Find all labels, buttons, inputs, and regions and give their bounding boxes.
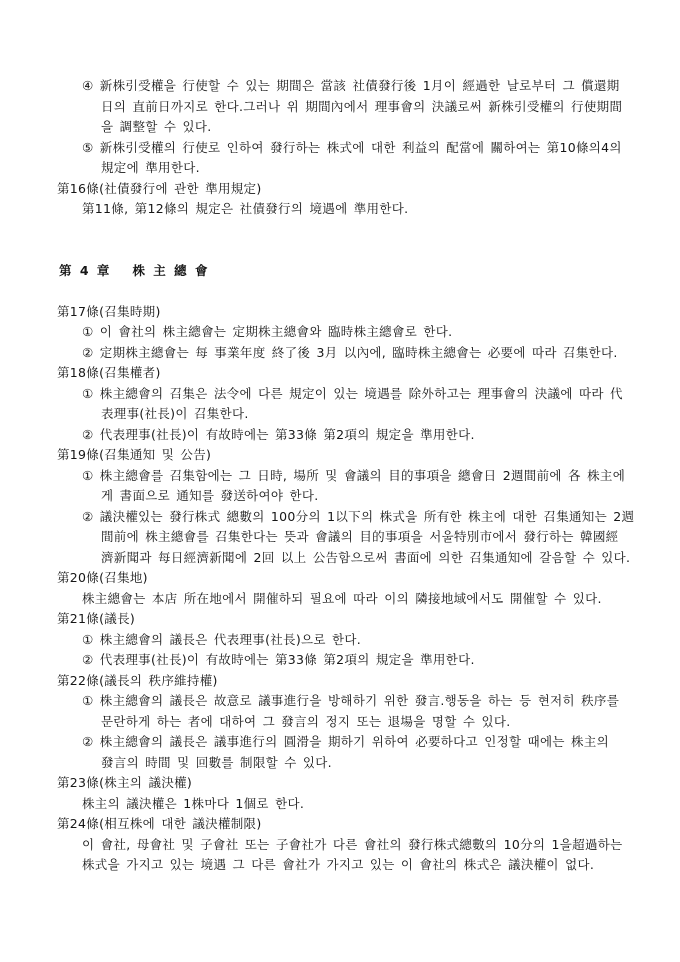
article-header: 第16條(社債發行에 관한 準用規定) [57, 179, 628, 200]
document-line: ⑤ 新株引受權의 行使로 인하여 發行하는 株式에 대한 利益의 配當에 關하여… [82, 138, 628, 159]
document-line: ② 代表理事(社長)이 有故時에는 第33條 第2項의 規定을 準用한다. [82, 425, 628, 446]
document-line: ② 議決權있는 發行株式 總數의 100分의 1以下의 株式을 所有한 株主에 … [82, 507, 628, 528]
document-line: ① 株主總會의 議長은 代表理事(社長)으로 한다. [82, 630, 628, 651]
document-line: ② 株主總會의 議長은 議事進行의 圓滑을 期하기 위하여 必要하다고 인정할 … [82, 732, 628, 753]
document-line: 株主의 議決權은 1株마다 1個로 한다. [82, 794, 628, 815]
document-page: ④ 新株引受權을 行使할 수 있는 期間은 當該 社債發行後 1月이 經過한 날… [0, 0, 680, 962]
article-header: 第20條(召集地) [57, 568, 628, 589]
document-line: 日의 直前日까지로 한다.그러나 위 期間內에서 理事會의 決議로써 新株引受權… [101, 97, 628, 118]
article-header: 第18條(召集權者) [57, 363, 628, 384]
blank-line [57, 240, 628, 261]
document-line: 株主總會는 本店 所在地에서 開催하되 필요에 따라 이의 隣接地域에서도 開催… [82, 589, 628, 610]
document-line: ② 定期株主總會는 每 事業年度 終了後 3月 以內에, 臨時株主總會는 必要에… [82, 343, 628, 364]
document-line: ① 株主總會의 召集은 法令에 다른 規定이 있는 境遇를 除外하고는 理事會의… [82, 384, 628, 405]
article-header: 第24條(相互株에 대한 議決權制限) [57, 814, 628, 835]
document-line: ④ 新株引受權을 行使할 수 있는 期間은 當該 社債發行後 1月이 經過한 날… [82, 76, 628, 97]
article-header: 第22條(議長의 秩序維持權) [57, 671, 628, 692]
blank-line [57, 220, 628, 241]
document-line: 이 會社, 母會社 및 子會社 또는 子會社가 다른 會社의 發行株式總數의 1… [82, 835, 628, 856]
document-line: ① 株主總會의 議長은 故意로 議事進行을 방해하기 위한 發言.행동을 하는 … [82, 691, 628, 712]
document-line: 表理事(社長)이 召集한다. [101, 404, 628, 425]
article-header: 第19條(召集通知 및 公告) [57, 445, 628, 466]
document-lines: ④ 新株引受權을 行使할 수 있는 期間은 當該 社債發行後 1月이 經過한 날… [57, 76, 628, 876]
article-header: 第21條(議長) [57, 609, 628, 630]
chapter-heading: 第 4 章 株 主 總 會 [59, 261, 628, 282]
document-line: ① 株主總會를 召集함에는 그 日時, 場所 및 會議의 目的事項을 總會日 2… [82, 466, 628, 487]
document-line: 게 書面으로 通知를 發送하여야 한다. [101, 486, 628, 507]
document-line: ① 이 會社의 株主總會는 定期株主總會와 臨時株主總會로 한다. [82, 322, 628, 343]
article-header: 第23條(株主의 議決權) [57, 773, 628, 794]
document-line: 第11條, 第12條의 規定은 社債發行의 境遇에 準用한다. [82, 199, 628, 220]
document-line: 發言의 時間 및 回數를 制限할 수 있다. [101, 753, 628, 774]
document-line: 規定에 準用한다. [101, 158, 628, 179]
document-line: ② 代表理事(社長)이 有故時에는 第33條 第2項의 規定을 準用한다. [82, 650, 628, 671]
document-line: 間前에 株主總會를 召集한다는 뜻과 會議의 目的事項을 서울特別市에서 發行하… [101, 527, 628, 548]
blank-line [57, 281, 628, 302]
document-line: 株式을 가지고 있는 境遇 그 다른 會社가 가지고 있는 이 會社의 株式은 … [82, 855, 628, 876]
article-header: 第17條(召集時期) [57, 302, 628, 323]
document-line: 濟新聞과 每日經濟新聞에 2回 以上 公告함으로써 書面에 의한 召集通知에 갈… [101, 548, 628, 569]
document-line: 문란하게 하는 者에 대하여 그 發言의 정지 또는 退場을 명할 수 있다. [101, 712, 628, 733]
document-line: 을 調整할 수 있다. [101, 117, 628, 138]
